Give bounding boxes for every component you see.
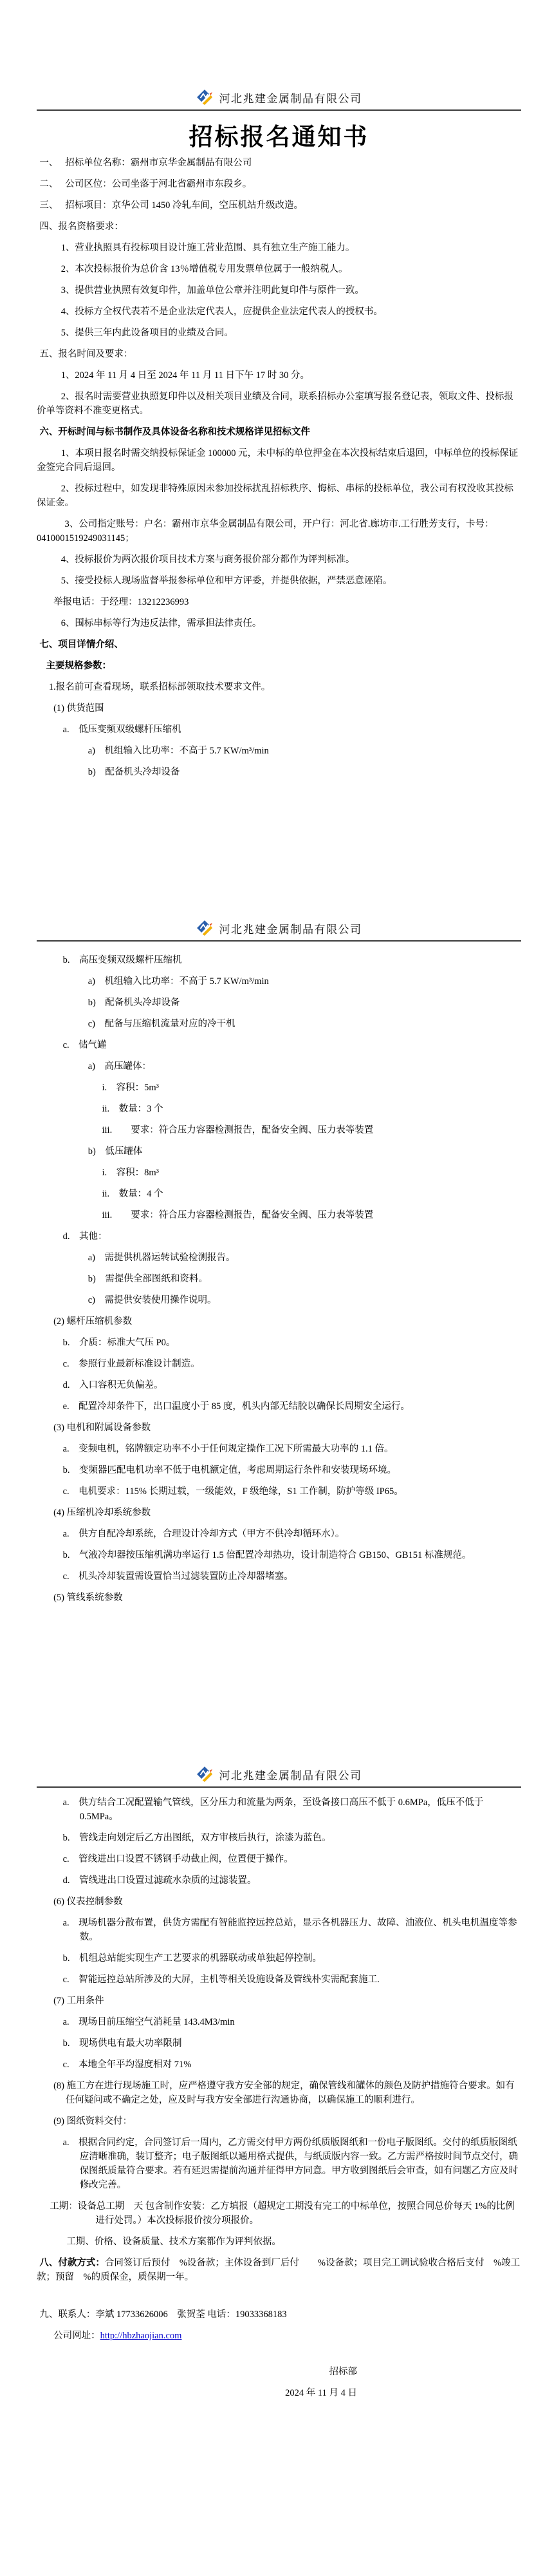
item-bid-opening-heading: 六、开标时间与标书制作及具体设备名称和技术规格详见招标文件 [37,425,521,439]
paragraph-line: d. 其他： [37,1229,521,1244]
paragraph-line: (1) 供货范围 [37,701,521,715]
page-3-content: a. 供方结合工况配置输气管线，区分压力和流量为两条，至设备接口高压不低于 0.… [37,1795,521,2400]
paragraph-line: iii. 要求：符合压力容器检测报告，配备安全阀、压力表等装置 [37,1208,521,1222]
paragraph-line: i. 容积：5m³ [37,1081,521,1095]
paragraph-line: a. 供方结合工况配置输气管线，区分压力和流量为两条，至设备接口高压不低于 0.… [37,1795,521,1824]
paragraph-line: 3、提供营业执照有效复印件，加盖单位公章并注明此复印件与原件一致。 [37,283,521,298]
paragraph-line: c) 需提供安装使用操作说明。 [37,1293,521,1307]
paragraph-line: 2、报名时需要营业执照复印件以及相关项目业绩及合同，联系招标办公室填写报名登记表… [37,390,521,418]
paragraph-line: d. 入口容积无负偏差。 [37,1378,521,1392]
paragraph-line: 工期、价格、设备质量、技术方案都作为评判依据。 [37,2235,521,2249]
paragraph-line: b. 机组总站能实现生产工艺要求的机器联动或单独起停控制。 [37,1951,521,1965]
item-company-location: 二、 公司区位：公司坐落于河北省霸州市东段乡。 [37,177,521,191]
paragraph-line: c. 管线进出口设置不锈钢手动截止阀，位置便于操作。 [37,1852,521,1866]
paragraph-line: a. 供方自配冷却系统，合理设计冷却方式（甲方不供冷却循环水）。 [37,1527,521,1541]
paragraph-line: e. 配置冷却条件下，出口温度小于 85 度，机头内部无结胶以确保长周期安全运行… [37,1399,521,1414]
page-header: 河北兆建金属制品有限公司 [37,918,521,938]
paragraph-line: 1、2024 年 11 月 4 日至 2024 年 11 月 11 日下午 17… [37,368,521,383]
paragraph-line: (7) 工用条件 [37,1994,521,2008]
company-logo-icon [196,89,213,106]
paragraph-line: (3) 电机和附属设备参数 [37,1421,521,1435]
payment-terms: 八、付款方式：合同签订后预付 %设备款；主体设备到厂后付 %设备款；项目完工调试… [37,2256,521,2284]
sign-date: 2024 年 11 月 4 日 [37,2386,521,2400]
report-phone-line: 举报电话：于经理：13212236993 [37,595,521,609]
paragraph-line: 1、本项日报名时需交纳投标保证金 100000 元，未中标的单位押金在本次投标结… [37,446,521,475]
paragraph-line: b) 配备机头冷却设备 [37,996,521,1010]
page-header: 河北兆建金属制品有限公司 [37,88,521,107]
paragraph-line: b. 气液冷却器按压缩机满功率运行 1.5 倍配置冷却热功，设计制造符合 GB1… [37,1548,521,1562]
item-project-detail-heading: 七、项目详情介绍、 [37,638,521,652]
paragraph-line: c. 机头冷却装置需设置恰当过滤装置防止冷却器堵塞。 [37,1569,521,1584]
sign-department: 招标部 [37,2365,521,2379]
paragraph-line: (9) 图纸资料交付： [37,2114,521,2128]
paragraph-line: (4) 压缩机冷却系统参数 [37,1506,521,1520]
header-divider [37,940,521,942]
paragraph-line: a. 现场机器分散布置，供货方需配有智能监控远控总站，显示各机器压力、故障、油液… [37,1916,521,1944]
paragraph-line: b. 现场供电有最大功率限制 [37,2036,521,2050]
payment-heading: 八、付款方式： [39,2258,105,2268]
paragraph-line: 5、接受投标人现场监督举报参标单位和甲方评委，并提供依据，严禁恶意诬陷。 [37,574,521,588]
paragraph-line: c. 本地全年平均湿度相对 71% [37,2058,521,2072]
item-tender-unit: 一、 招标单位名称：霸州市京华金属制品有限公司 [37,156,521,170]
paragraph-line: c. 智能远控总站所涉及的大屏，主机等相关设施设备及管线朴实需配套施工. [37,1973,521,1987]
item-signup-time-heading: 五、报名时间及要求： [37,347,521,361]
paragraph-line: 2、投标过程中，如发现非特殊原因未参加投标扰乱招标秩序、悔标、串标的投标单位，我… [37,482,521,510]
paragraph-line: d. 管线进出口设置过滤疏水杂质的过滤装置。 [37,1873,521,1888]
contacts-line: 九、联系人：李斌 17733626006 张贺荃 电话：19033368183 [37,2307,521,2322]
paragraph-line: a. 低压变频双级螺杆压缩机 [37,723,521,737]
paragraph-line: a) 机组输入比功率：不高于 5.7 KW/m³/min [37,744,521,758]
paragraph-line: c) 配备与压缩机流量对应的冷干机 [37,1017,521,1031]
paragraph-line: 6、围标串标等行为违反法律，需承担法律责任。 [37,616,521,630]
company-logo-icon [196,1766,213,1783]
paragraph-line: a) 需提供机器运转试验检测报告。 [37,1251,521,1265]
spec-params-heading: 主要规格参数： [37,659,521,673]
paragraph-line: (5) 管线系统参数 [37,1591,521,1605]
paragraph-line: b. 介质：标准大气压 P0。 [37,1336,521,1350]
paragraph-line: a. 变频电机，铭牌额定功率不小于任何规定操作工况下所需最大功率的 1.1 倍。 [37,1442,521,1456]
paragraph-line: c. 参照行业最新标准设计制造。 [37,1357,521,1371]
page-2-content: b. 高压变频双级螺杆压缩机a) 机组输入比功率：不高于 5.7 KW/m³/m… [37,953,521,1605]
paragraph-line: a. 现场目前压缩空气消耗量 143.4M3/min [37,2015,521,2029]
page-1-content: 一、 招标单位名称：霸州市京华金属制品有限公司二、 公司区位：公司坐落于河北省霸… [37,156,521,779]
page-1: 河北兆建金属制品有限公司 招标报名通知书 一、 招标单位名称：霸州市京华金属制品… [0,0,554,858]
paragraph-line: (6) 仪表控制参数 [37,1895,521,1909]
item-tender-project: 三、 招标项目：京华公司 1450 冷轧车间，空压机站升级改造。 [37,198,521,213]
paragraph-line: b) 配备机头冷却设备 [37,765,521,779]
paragraph-line: 4、投标报价为两次报价项目技术方案与商务报价部分都作为评判标准。 [37,553,521,567]
paragraph-line: b. 高压变频双级螺杆压缩机 [37,953,521,967]
document-title: 招标报名通知书 [37,117,521,152]
paragraph-line: (8) 施工方在进行现场施工时，应严格遵守我方安全部的规定，确保管线和罐体的颜色… [37,2079,521,2107]
paragraph-line: 4、投标方全权代表若不是企业法定代表人，应提供企业法定代表人的授权书。 [37,305,521,319]
page-2: 河北兆建金属制品有限公司 b. 高压变频双级螺杆压缩机a) 机组输入比功率：不高… [0,858,554,1717]
paragraph-line: b) 低压罐体 [37,1144,521,1159]
paragraph-line: c. 储气罐 [37,1038,521,1052]
paragraph-line: (2) 螺杆压缩机参数 [37,1314,521,1329]
company-name: 河北兆建金属制品有限公司 [219,1766,362,1783]
header-divider [37,1786,521,1788]
paragraph-line: 5、提供三年内此设备项目的业绩及合同。 [37,326,521,340]
paragraph-line: b. 管线走向划定后乙方出图纸，双方审核后执行，涂漆为蓝色。 [37,1831,521,1845]
paragraph-line: ii. 数量：3 个 [37,1102,521,1116]
item-qualification-heading: 四、报名资格要求： [37,220,521,234]
paragraph-line: a) 高压罐体： [37,1059,521,1074]
company-website: 公司网址：http://hbzhaojian.com [37,2329,521,2343]
paragraph-line: 3、公司指定账号：户名：霸州市京华金属制品有限公司，开户行：河北省.廊坊市.工行… [37,517,521,545]
header-divider [37,109,521,111]
page-3: 河北兆建金属制品有限公司 a. 供方结合工况配置输气管线，区分压力和流量为两条，… [0,1717,554,2576]
paragraph-line: 工期：设备总工期 天 包含制作安装：乙方填报（超规定工期没有完工的中标单位，按照… [37,2199,521,2228]
website-label: 公司网址： [53,2331,100,2341]
paragraph-line: b. 变频器匹配电机功率不低于电机额定值，考虑周期运行条件和安装现场环境。 [37,1463,521,1477]
paragraph-line: ii. 数量：4 个 [37,1187,521,1201]
company-website-link[interactable]: http://hbzhaojian.com [100,2331,182,2341]
company-name: 河北兆建金属制品有限公司 [219,920,362,936]
paragraph-line: iii. 要求：符合压力容器检测报告，配备安全阀、压力表等装置 [37,1123,521,1137]
paragraph-line: i. 容积：8m³ [37,1166,521,1180]
paragraph-line: c. 电机要求：115% 长期过载，一级能效，F 级绝缘，S1 工作制，防护等级… [37,1484,521,1499]
company-name: 河北兆建金属制品有限公司 [219,90,362,106]
paragraph-line: 1.报名前可查看现场，联系招标部领取技术要求文件。 [37,680,521,694]
paragraph-line: 1、营业执照具有投标项目设计施工营业范围、具有独立生产施工能力。 [37,241,521,255]
paragraph-line: b) 需提供全部图纸和资料。 [37,1272,521,1286]
page-header: 河北兆建金属制品有限公司 [37,1765,521,1784]
paragraph-line: a. 根据合同约定，合同签订后一周内，乙方需交付甲方两份纸质版图纸和一份电子版图… [37,2136,521,2192]
paragraph-line: 2、本次投标报价为总价含 13％增值税专用发票单位属于一般纳税人。 [37,262,521,276]
company-logo-icon [196,920,213,936]
paragraph-line: a) 机组输入比功率：不高于 5.7 KW/m³/min [37,974,521,989]
